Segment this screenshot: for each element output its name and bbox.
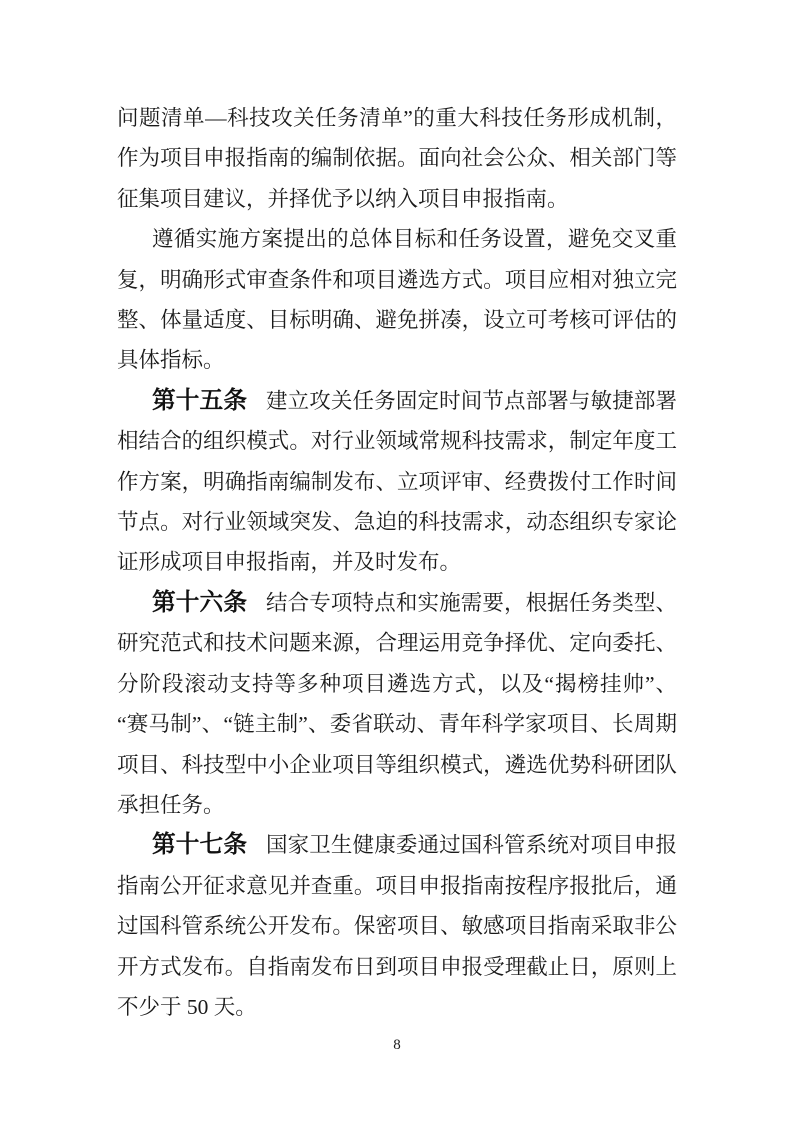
- article-16-label: 第十六条: [152, 590, 247, 616]
- paragraph-article-16: 第十六条结合专项特点和实施需要，根据任务类型、研究范式和技术问题来源，合理运用竞…: [117, 583, 677, 825]
- paragraph-text: 建立攻关任务固定时间节点部署与敏捷部署相结合的组织模式。对行业领域常规科技需求，…: [117, 389, 677, 575]
- article-15-label: 第十五条: [152, 388, 247, 414]
- paragraph-text: 国家卫生健康委通过国科管系统对项目申报指南公开征求意见并查重。项目申报指南按程序…: [117, 833, 677, 1019]
- page-number: 8: [0, 1034, 794, 1056]
- paragraph-continuation: 问题清单—科技攻关任务清单”的重大科技任务形成机制，作为项目申报指南的编制依据。…: [117, 98, 677, 219]
- paragraph-text: 遵循实施方案提出的总体目标和任务设置，避免交叉重复，明确形式审查条件和项目遴选方…: [117, 227, 677, 372]
- document-body: 问题清单—科技攻关任务清单”的重大科技任务形成机制，作为项目申报指南的编制依据。…: [117, 98, 677, 1027]
- paragraph-article-15: 第十五条建立攻关任务固定时间节点部署与敏捷部署相结合的组织模式。对行业领域常规科…: [117, 381, 677, 583]
- paragraph-article-17: 第十七条国家卫生健康委通过国科管系统对项目申报指南公开征求意见并查重。项目申报指…: [117, 825, 677, 1027]
- paragraph-text: 问题清单—科技攻关任务清单”的重大科技任务形成机制，作为项目申报指南的编制依据。…: [117, 106, 677, 211]
- article-17-label: 第十七条: [152, 832, 247, 858]
- paragraph-general-requirements: 遵循实施方案提出的总体目标和任务设置，避免交叉重复，明确形式审查条件和项目遴选方…: [117, 219, 677, 381]
- paragraph-text: 结合专项特点和实施需要，根据任务类型、研究范式和技术问题来源，合理运用竞争择优、…: [117, 591, 677, 817]
- document-page: 问题清单—科技攻关任务清单”的重大科技任务形成机制，作为项目申报指南的编制依据。…: [0, 0, 794, 1123]
